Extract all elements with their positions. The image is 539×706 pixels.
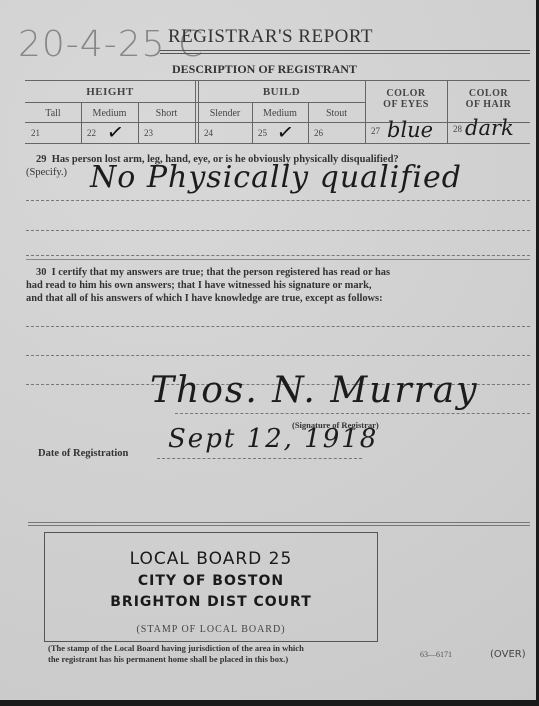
question-30-line2: had read to him his own answers; that I … [26, 279, 390, 292]
question-30-number: 30 [36, 267, 46, 278]
field-number-27: 27 [371, 126, 380, 136]
date-line [157, 458, 362, 459]
stamp-line-2: CITY OF BOSTON [45, 573, 377, 589]
stamp-instructions-line1: (The stamp of the Local Board having jur… [48, 643, 304, 654]
build-medium-check-icon: ✓ [275, 119, 295, 145]
question-30-line1-text: I certify that my answers are true; that… [52, 267, 390, 278]
signature-underline [175, 413, 530, 414]
section-rule [26, 259, 530, 260]
build-header: BUILD [198, 86, 365, 98]
stamp-section-rule-2 [28, 525, 530, 526]
section-subtitle: DESCRIPTION OF REGISTRANT [172, 62, 357, 77]
field-number-22: 22 [87, 128, 96, 138]
over-label: (OVER) [490, 649, 526, 660]
stamp-line-3: BRIGHTON DIST COURT [45, 594, 377, 610]
col-slender-label: Slender [198, 108, 252, 119]
registration-card: 20-4-25 C REGISTRAR'S REPORT DESCRIPTION… [0, 0, 536, 700]
answer-line [26, 230, 530, 231]
answer-line [26, 200, 530, 201]
answer-line [26, 255, 530, 256]
eye-color-value: blue [387, 118, 433, 142]
local-board-stamp-box: LOCAL BOARD 25 CITY OF BOSTON BRIGHTON D… [44, 532, 378, 642]
question-29-number: 29 [36, 154, 47, 165]
question-30: 30 I certify that my answers are true; t… [26, 266, 390, 305]
field-number-21: 21 [31, 128, 40, 138]
hair-color-value: dark [465, 116, 514, 140]
hair-header: COLOR OF HAIR [447, 88, 530, 110]
title-rule-2 [160, 53, 530, 54]
document-title: REGISTRAR'S REPORT [168, 26, 373, 48]
stamp-instructions: (The stamp of the Local Board having jur… [48, 643, 304, 665]
col-height-medium-label: Medium [81, 108, 138, 119]
stamp-section-rule [28, 522, 530, 523]
field-number-28: 28 [453, 124, 462, 134]
hair-header-line2: OF HAIR [447, 99, 530, 110]
question-30-line3: and that all of his answers of which I h… [26, 292, 390, 305]
exception-line [26, 355, 530, 356]
col-short-label: Short [138, 108, 195, 119]
col-build-medium-label: Medium [252, 108, 308, 119]
stamp-line-1: LOCAL BOARD 25 [45, 549, 377, 569]
description-table: HEIGHT BUILD COLOR OF EYES COLOR OF HAIR… [25, 80, 530, 143]
title-rule [160, 50, 530, 51]
field-number-24: 24 [204, 128, 213, 138]
question-30-line1: 30 I certify that my answers are true; t… [26, 266, 390, 279]
date-of-registration-value: Sept 12, 1918 [168, 424, 378, 454]
field-number-26: 26 [314, 128, 323, 138]
eyes-header-line2: OF EYES [365, 99, 447, 110]
height-medium-check-icon: ✓ [105, 119, 125, 145]
group-divider [195, 80, 196, 143]
field-number-23: 23 [144, 128, 153, 138]
eyes-header-line1: COLOR [365, 88, 447, 99]
registrar-signature: Thos. N. Murray [150, 370, 479, 411]
specify-label: (Specify.) [26, 166, 67, 179]
height-header: HEIGHT [25, 86, 195, 98]
col-tall-label: Tall [25, 108, 81, 119]
field-number-25: 25 [258, 128, 267, 138]
eyes-header: COLOR OF EYES [365, 88, 447, 110]
stamp-caption: (STAMP OF LOCAL BOARD) [45, 624, 377, 635]
date-of-registration-label: Date of Registration [38, 447, 128, 460]
form-number: 63—6171 [420, 650, 452, 659]
table-top-rule [25, 80, 530, 81]
hair-header-line1: COLOR [447, 88, 530, 99]
question-29-answer: No Physically qualified [90, 160, 462, 195]
stamp-instructions-line2: the registrant has his permanent home sh… [48, 654, 304, 665]
exception-line [26, 326, 530, 327]
col-stout-label: Stout [308, 108, 365, 119]
